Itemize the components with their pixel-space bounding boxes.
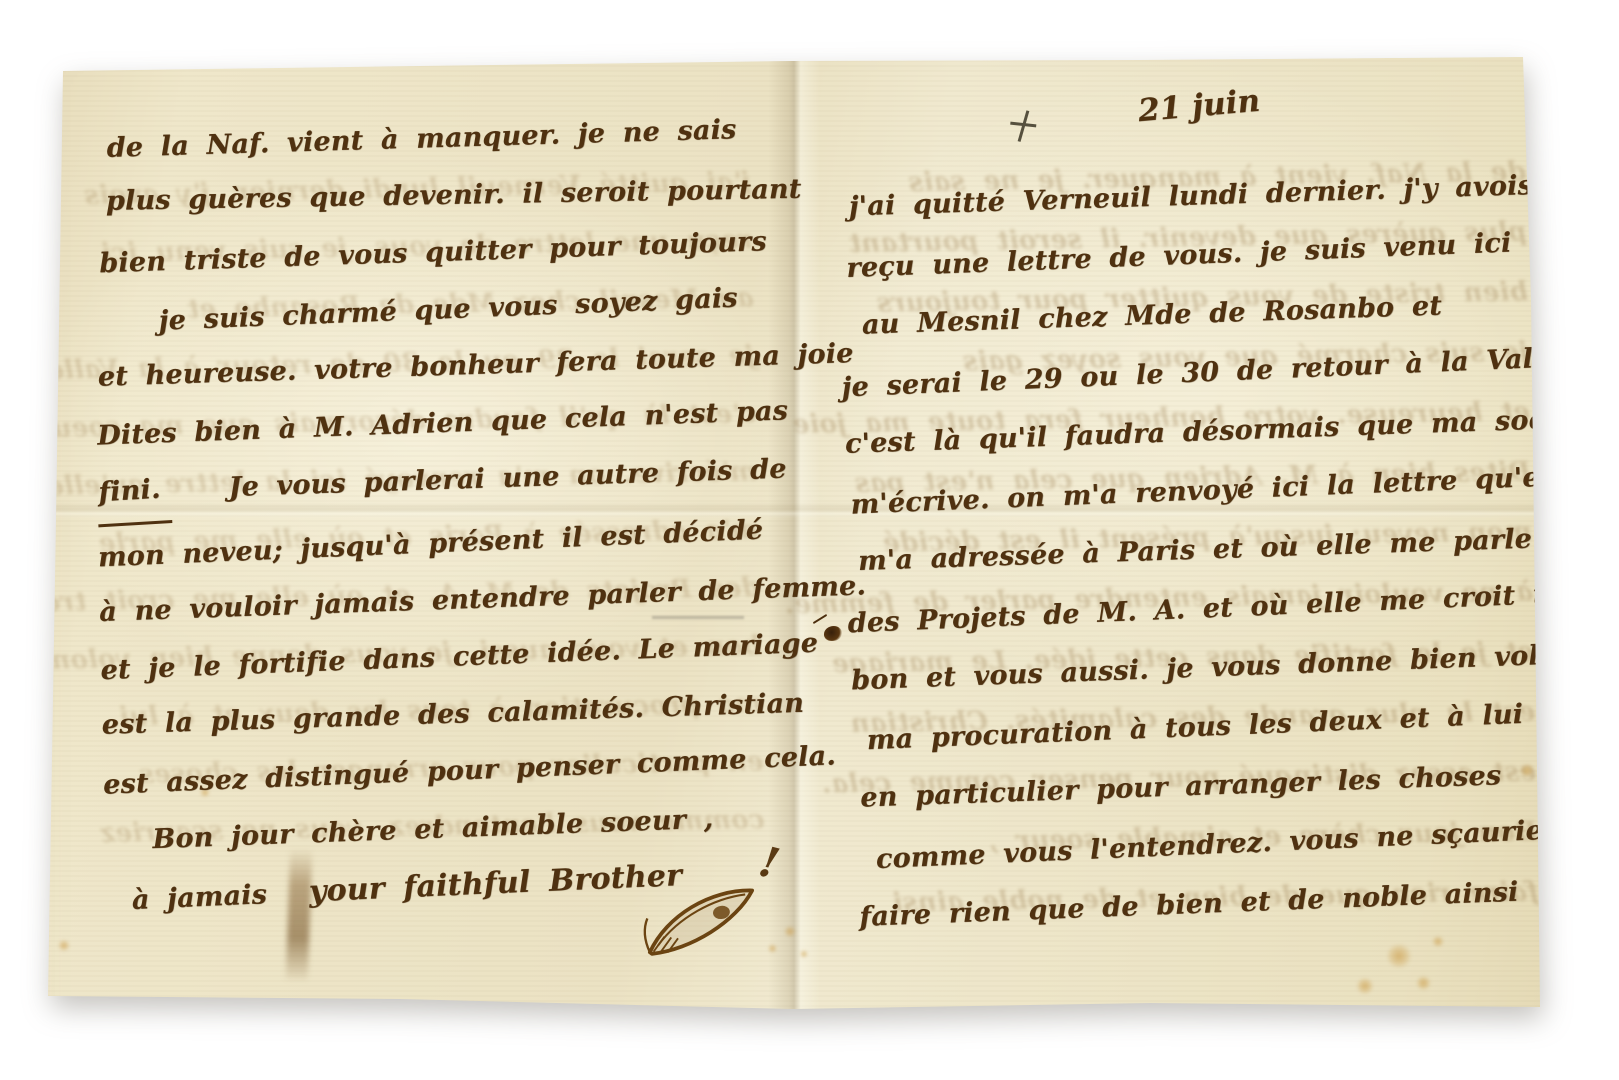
- letter-sheet: j'ai quitté Verneuil lundi dernier. j'y …: [0, 0, 1619, 1080]
- signature: your faithful Brother: [308, 858, 683, 909]
- letter-page-left: de la Naf. vient à manquer. je ne sais p…: [88, 103, 786, 923]
- pencil-cross-mark: [1005, 108, 1040, 145]
- ink-blot: [824, 626, 842, 641]
- letter-date: 21 juin: [1137, 83, 1262, 129]
- valediction: à jamais: [131, 879, 268, 916]
- letter-sheet-wrapper: j'ai quitté Verneuil lundi dernier. j'y …: [0, 0, 1619, 1080]
- foxing-stain: [1356, 978, 1374, 994]
- underlined-word-fini: fini.: [95, 460, 173, 527]
- foxing-stain: [1386, 944, 1412, 968]
- foxing-stain: [1416, 976, 1431, 990]
- manuscript-line-rest: Je vous parlerai une autre fois de: [228, 454, 787, 503]
- letter-page-right: j'ai quitté Verneuil lundi dernier. j'y …: [836, 158, 1556, 943]
- foxing-stain: [58, 940, 70, 951]
- foxing-stain: [1432, 936, 1444, 947]
- photograph-background: j'ai quitté Verneuil lundi dernier. j'y …: [0, 0, 1619, 1080]
